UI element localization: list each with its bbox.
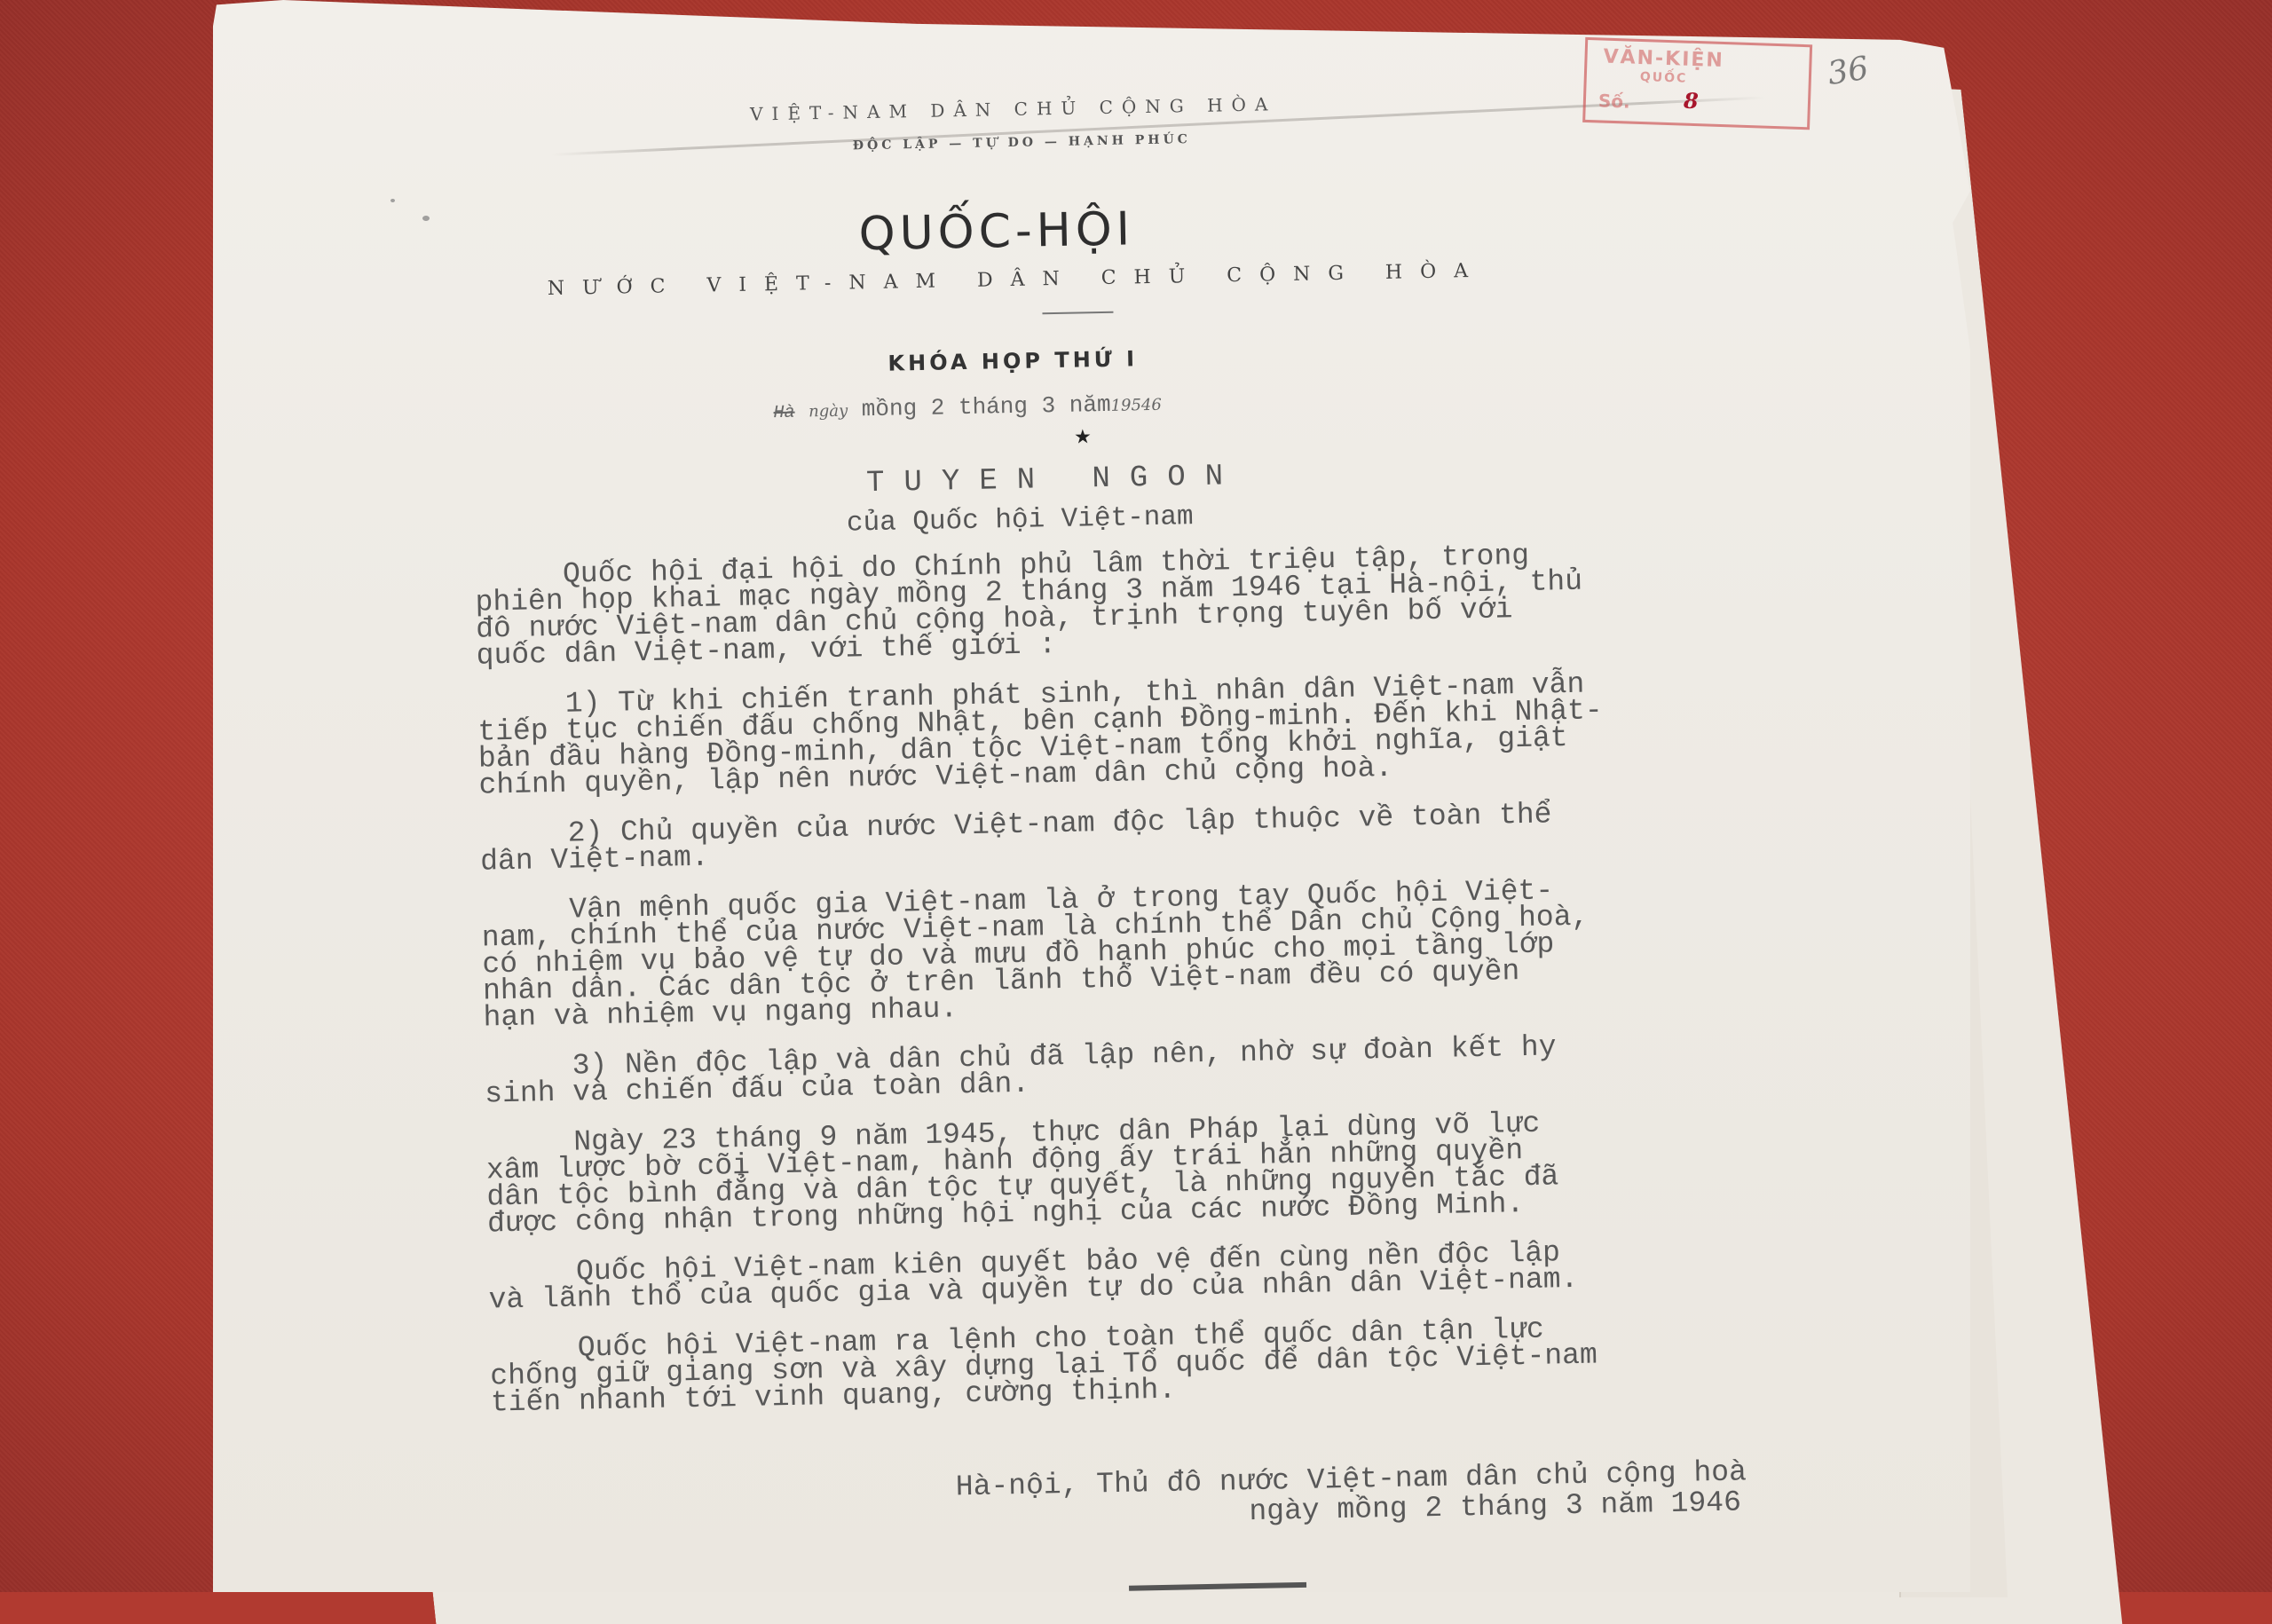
paragraph: 3) Nền độc lập và dân chủ đã lập nên, nh…	[484, 1026, 1993, 1108]
struck-text: Hà	[773, 403, 794, 423]
paragraph: Quốc hội đại hội do Chính phủ lâm thời t…	[475, 534, 1985, 670]
divider	[1042, 311, 1113, 315]
stamp-line-2: QUỐC	[1640, 70, 1688, 86]
ink-spot	[422, 216, 430, 221]
star-ornament: ★	[1074, 425, 1092, 448]
declaration-subheading: của Quốc hội Việt-nam	[847, 501, 1194, 539]
session-date: Hà ngày mồng 2 tháng 3 năm19546	[773, 390, 1162, 424]
paragraph: 2) Chủ quyền của nước Việt-nam độc lập t…	[479, 793, 1989, 876]
stamp-number: 8	[1684, 88, 1700, 114]
date-year: 19546	[1110, 396, 1162, 415]
signoff: Hà-nội, Thủ đô nước Việt-nam dân chủ cộn…	[956, 1457, 1747, 1533]
date-prefix: ngày	[809, 402, 848, 422]
paragraph: Vận mệnh quốc gia Việt-nam là ở trong ta…	[481, 870, 1992, 1032]
document: VIỆT-NAM DÂN CHỦ CỘNG HÒA ĐỘC LẬP — TỰ D…	[0, 0, 2272, 1592]
state-name: VIỆT-NAM DÂN CHỦ CỘNG HÒA	[750, 93, 1277, 124]
archive-stamp: VĂN-KIỆN QUỐC Số. 8	[1582, 37, 1812, 130]
session-label: KHÓA HỌP THỨ I	[887, 346, 1138, 375]
paragraph: Quốc hội Việt-nam ra lệnh cho toàn thể q…	[490, 1308, 2000, 1417]
paragraph: 1) Từ khi chiến tranh phát sinh, thì nhâ…	[477, 664, 1988, 800]
bottom-divider	[1129, 1582, 1306, 1591]
document-title: QUỐC-HỘI	[858, 202, 1134, 261]
stamp-line-1: VĂN-KIỆN	[1603, 46, 1724, 73]
declaration-heading: TUYEN NGON	[866, 460, 1243, 501]
paragraph: Quốc hội Việt-nam kiên quyết bảo vệ đến …	[488, 1232, 1998, 1314]
ink-spot	[390, 199, 395, 202]
stamp-line-3: Số.	[1598, 90, 1631, 112]
pencil-page-note: 36	[1825, 50, 1871, 92]
date-text: mồng 2 tháng 3 năm	[861, 391, 1110, 422]
motto: ĐỘC LẬP — TỰ DO — HẠNH PHÚC	[853, 132, 1191, 153]
paragraph: Ngày 23 tháng 9 năm 1945, thực dân Pháp …	[485, 1102, 1996, 1238]
document-subtitle: NƯỚC VIỆT-NAM DÂN CHỦ CỘNG HÒA	[548, 260, 1487, 300]
declaration-body: Quốc hội đại hội do Chính phủ lâm thời t…	[475, 534, 2000, 1439]
